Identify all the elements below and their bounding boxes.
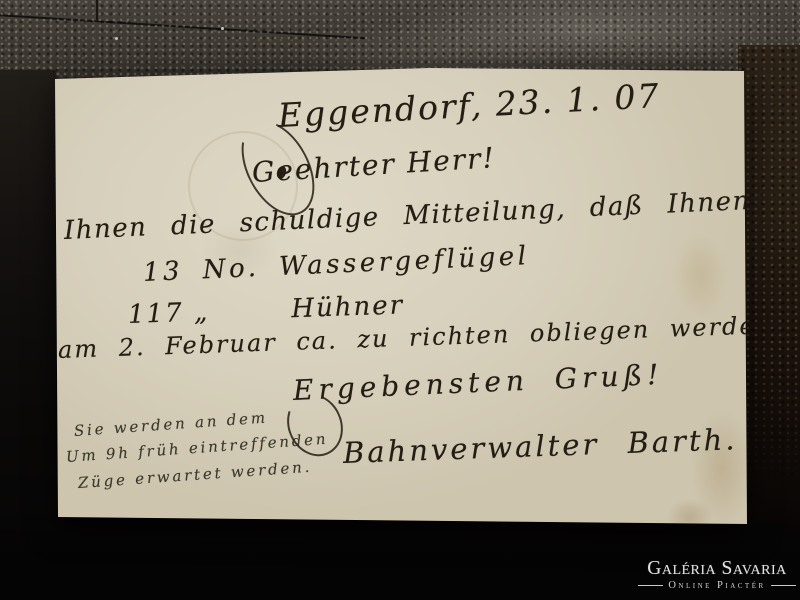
handwriting-signature: Bahnverwalter Barth. [342,422,738,470]
handwriting-body-line-2: 13 No. Wassergeflügel [142,241,530,288]
leather-seam-line [0,14,365,39]
handwriting-closing: Ergebensten Gruß! [292,358,664,407]
handwriting-body-line-1: Ihnen die schuldige Mitteilung, daß Ihne… [63,186,751,246]
leather-speck [221,27,224,30]
watermark-logo: Galéria Savaria Online Piactér [638,559,796,591]
handwriting-ps-line-3: Züge erwartet werden. [77,458,312,492]
watermark-subtitle: Online Piactér [668,580,765,591]
postcard: Eggendorf, 23. 1. 07 Geehrter Herr! Ihne… [50,65,750,527]
watermark-dash-right [771,585,796,586]
handwriting-date-line: Eggendorf, 23. 1. 07 [277,76,661,135]
leather-background-right [738,45,800,525]
watermark-title: Galéria Savaria [638,559,796,579]
watermark-dash-left [638,585,663,586]
leather-speck [115,37,118,40]
leather-background-left [0,70,56,530]
leather-seam-vertical [96,0,98,20]
photo-frame: Eggendorf, 23. 1. 07 Geehrter Herr! Ihne… [0,0,800,600]
handwriting-body-line-3: 117 „ Hühner [127,290,404,330]
